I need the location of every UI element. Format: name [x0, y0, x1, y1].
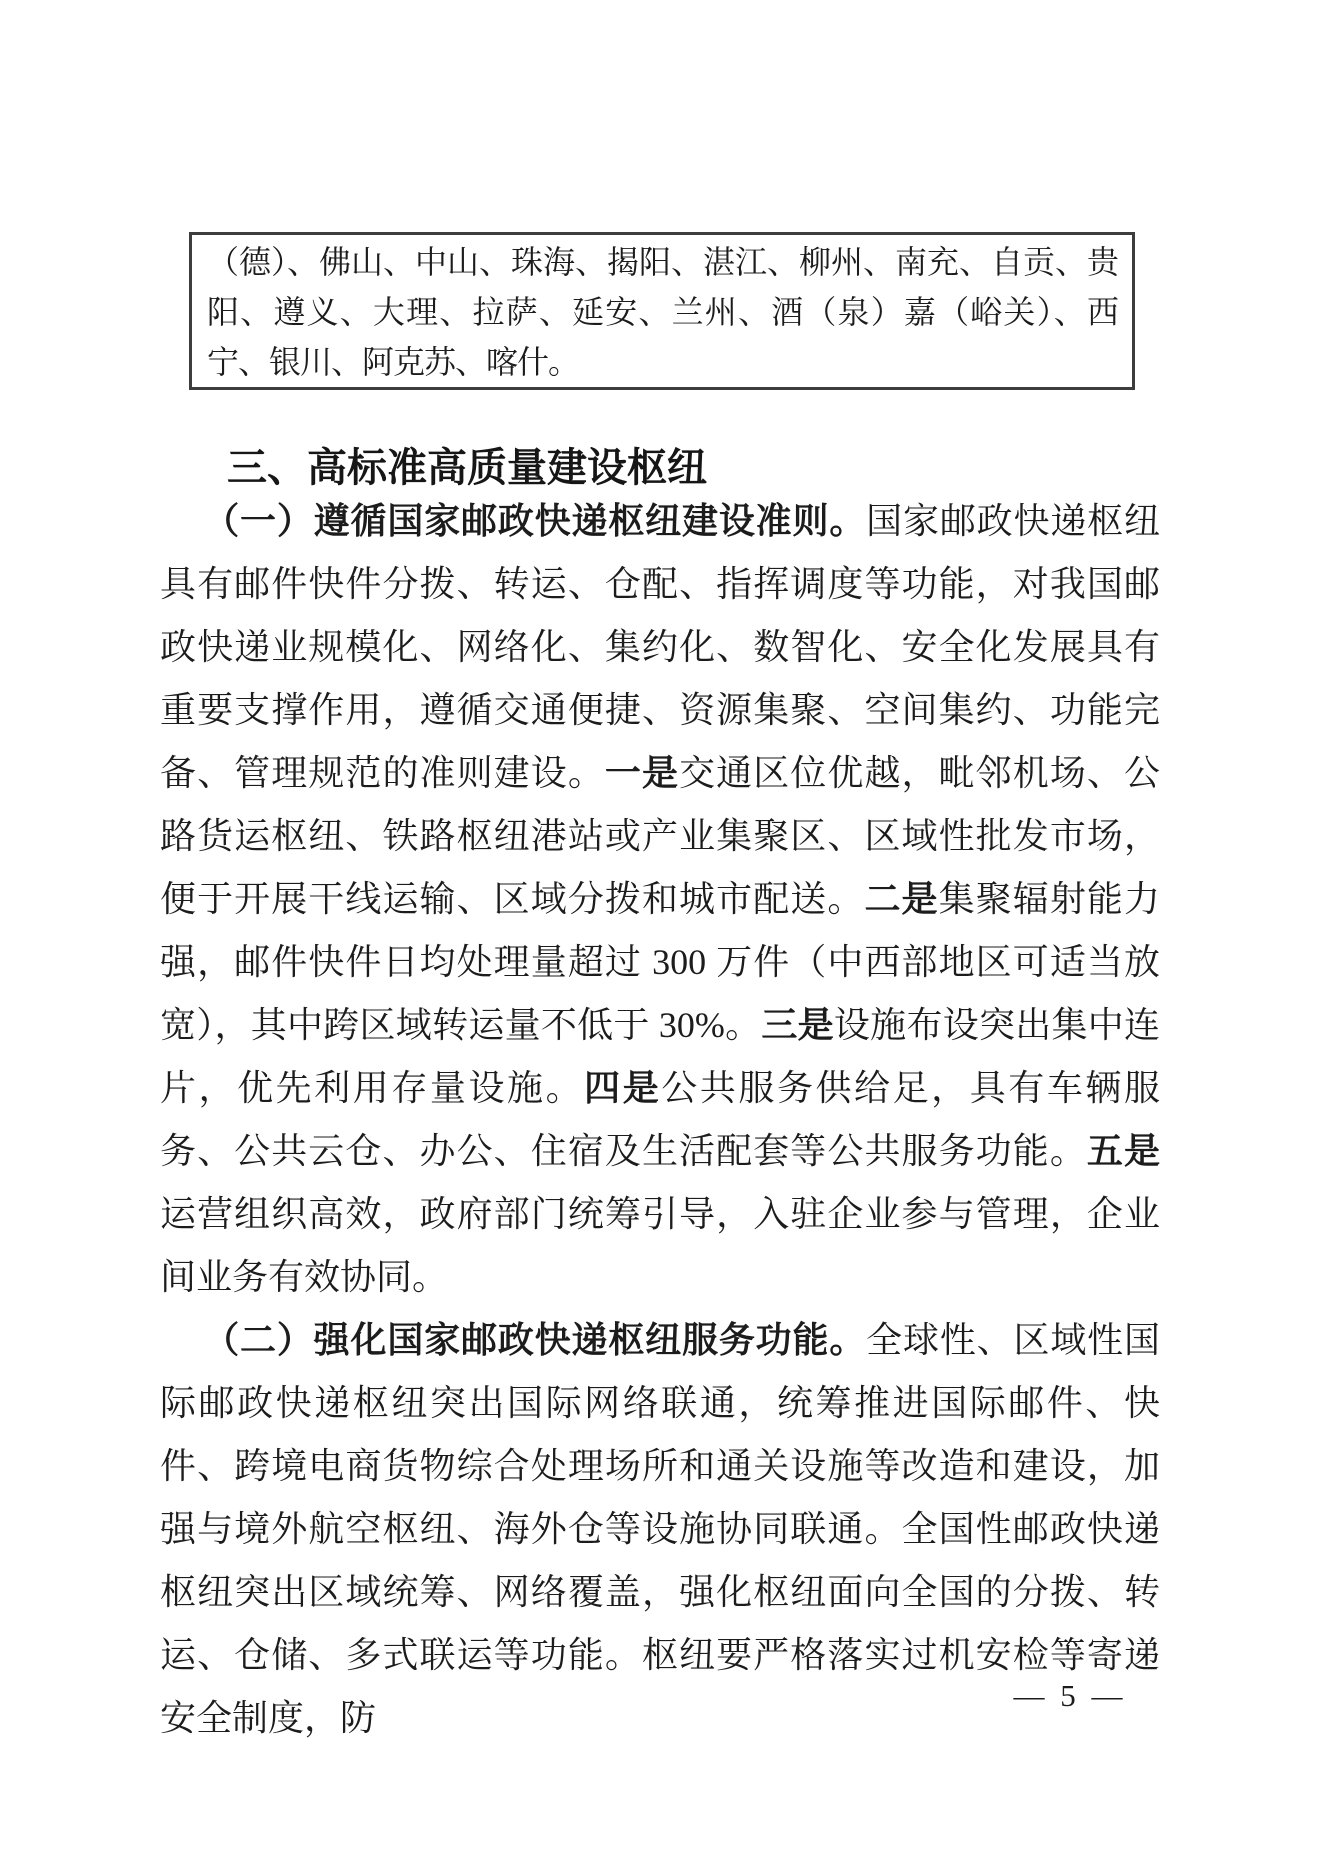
para1-point-2-label: 二是	[864, 879, 938, 919]
boxed-city-list-text: （德）、佛山、中山、珠海、揭阳、湛江、柳州、南充、自贡、贵阳、遵义、大理、拉萨、…	[207, 244, 1118, 380]
para1-point-5-text: 运营组织高效，政府部门统筹引导，入驻企业参与管理，企业间业务有效协同。	[160, 1194, 1160, 1297]
boxed-city-list: （德）、佛山、中山、珠海、揭阳、湛江、柳州、南充、自贡、贵阳、遵义、大理、拉萨、…	[189, 232, 1135, 390]
body-text: （一）遵循国家邮政快递枢纽建设准则。国家邮政快递枢纽具有邮件快件分拨、转运、仓配…	[160, 490, 1160, 1750]
document-page: （德）、佛山、中山、珠海、揭阳、湛江、柳州、南充、自贡、贵阳、遵义、大理、拉萨、…	[0, 0, 1323, 1871]
para2-lead: （二）强化国家邮政快递枢纽服务功能。	[203, 1320, 866, 1360]
para1-point-1-label: 一是	[605, 753, 679, 793]
section-heading: 三、高标准高质量建设枢纽	[160, 440, 1227, 496]
para1-point-3-label: 三是	[761, 1005, 834, 1045]
paragraph-1: （一）遵循国家邮政快递枢纽建设准则。国家邮政快递枢纽具有邮件快件分拨、转运、仓配…	[160, 490, 1160, 1309]
page-number: — 5 —	[1000, 1676, 1140, 1716]
para1-point-4-label: 四是	[584, 1068, 661, 1108]
para1-text-1: 国家邮政快递枢纽具有邮件快件分拨、转运、仓配、指挥调度等功能，对我国邮政快递业规…	[160, 501, 1160, 793]
para1-point-5-label: 五是	[1087, 1131, 1160, 1171]
para1-lead: （一）遵循国家邮政快递枢纽建设准则。	[203, 501, 866, 541]
